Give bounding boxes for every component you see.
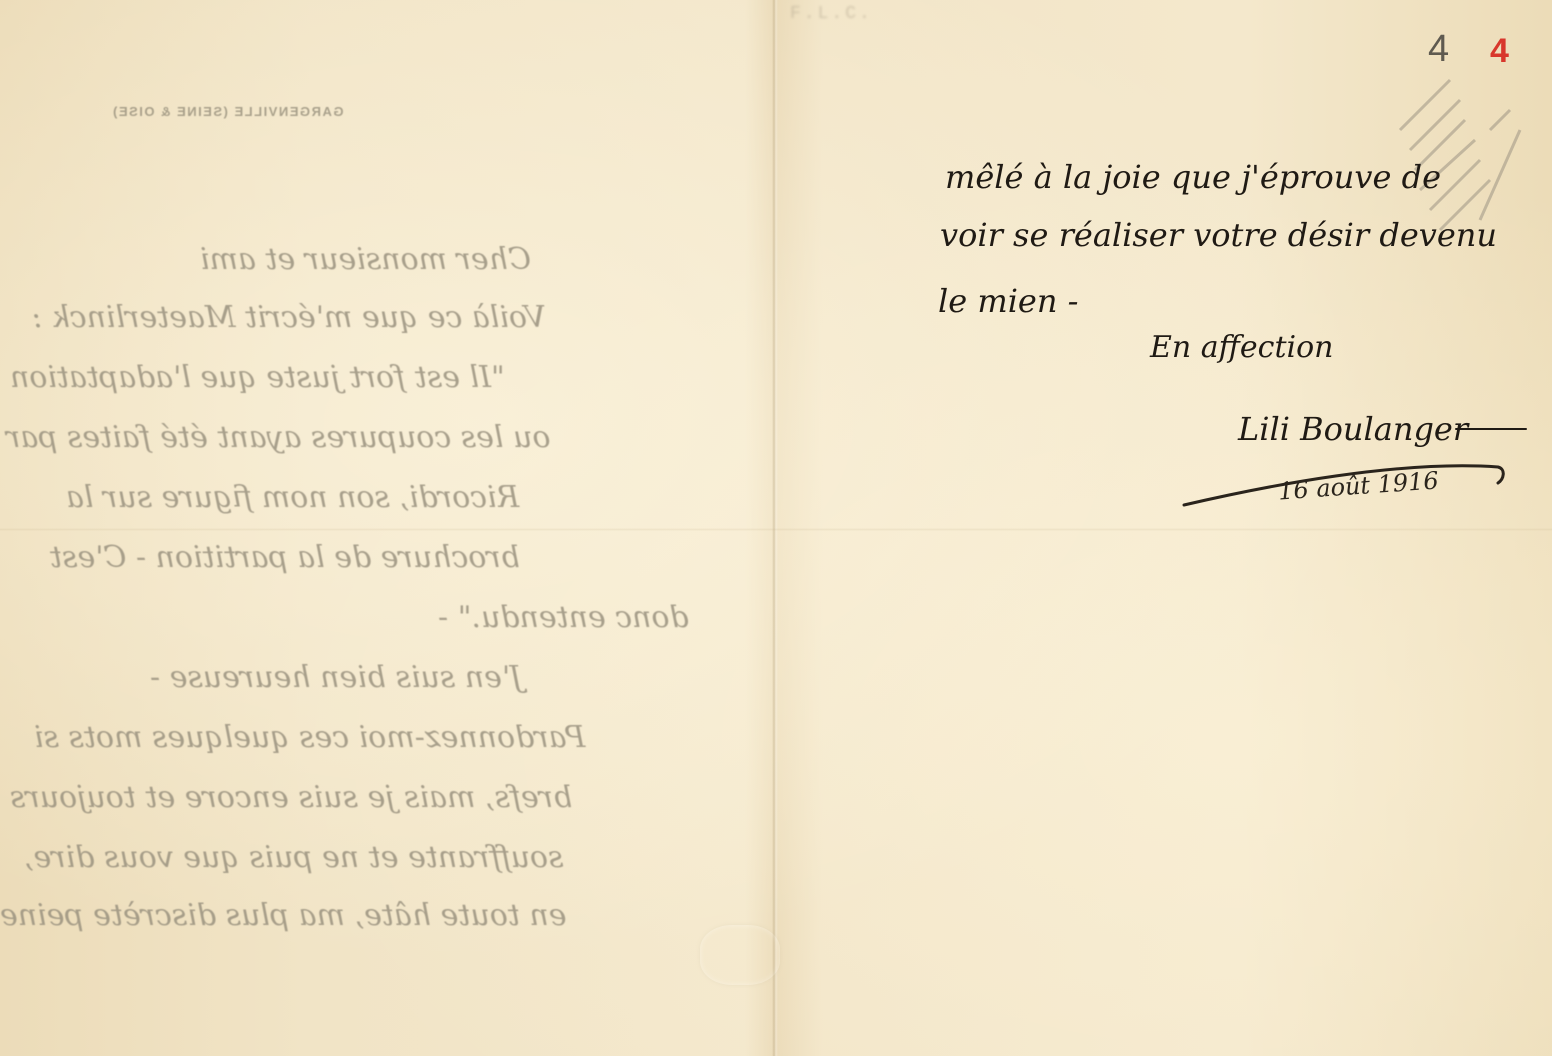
archive-stamp: F.L.C. xyxy=(790,4,950,30)
ghost-line: souffrante et ne puis que vous dire, xyxy=(24,840,563,875)
ghost-line: donc entendu." - xyxy=(438,600,689,635)
letter-sheet: F.L.C. GARGENVILLE (SEINE & OISE) Cher m… xyxy=(0,0,1552,1056)
ghost-line: Voilà ce que m'écrit Maeterlinck : xyxy=(32,300,546,335)
closing: En affection xyxy=(1150,330,1334,365)
signature: Lili Boulanger xyxy=(1238,410,1468,448)
folio-number-red: 4 xyxy=(1490,32,1509,71)
ghost-line: brefs, mais je suis encore et toujours xyxy=(10,780,572,815)
ghost-line: Cher monsieur et ami xyxy=(200,242,531,277)
ghost-line: "Il est fort juste que l'adaptation xyxy=(10,360,505,395)
ghost-line: Pardonnez-moi ces quelques mots si xyxy=(34,720,585,755)
horizontal-crease xyxy=(0,528,1552,531)
ghost-line: Ricordi, son nom figure sur la xyxy=(66,480,519,515)
letterhead-show-through: GARGENVILLE (SEINE & OISE) xyxy=(90,104,365,119)
ghost-line: J'en suis bien heureuse - xyxy=(150,660,522,695)
letter-line: voir se réaliser votre désir devenu xyxy=(940,216,1497,254)
pencil-hatching xyxy=(1380,70,1540,240)
signature-flourish xyxy=(1455,428,1527,430)
letter-line: mêlé à la joie que j'éprouve de xyxy=(945,158,1441,196)
ghost-line: ou les coupures ayant été faites par xyxy=(6,420,550,455)
ghost-line: brochure de la partition - C'est xyxy=(50,540,520,575)
ghost-line: en toute hâte, ma plus discrète peine xyxy=(0,898,566,933)
folio-number-pencil: 4 xyxy=(1428,28,1449,71)
blind-emboss-stamp xyxy=(700,925,780,985)
letter-line: le mien - xyxy=(938,282,1078,320)
